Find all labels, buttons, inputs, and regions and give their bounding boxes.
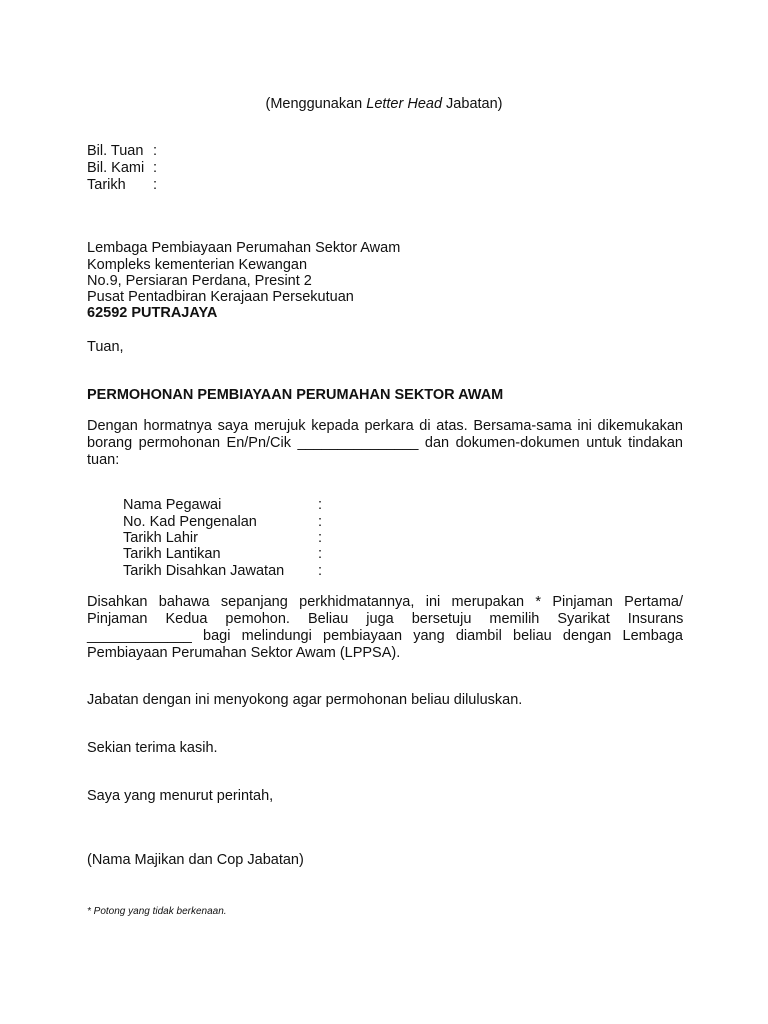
subject-heading: PERMOHONAN PEMBIAYAAN PERUMAHAN SEKTOR A… xyxy=(87,387,503,404)
closing-remark: Sekian terima kasih. xyxy=(87,740,218,757)
letterhead-text: (Menggunakan xyxy=(265,96,366,112)
support-statement: Jabatan dengan ini menyokong agar permoh… xyxy=(87,692,522,709)
ref-tarikh: Tarikh: xyxy=(87,177,157,194)
field-nama-pegawai: Nama Pegawai: xyxy=(123,497,322,514)
salutation: Tuan, xyxy=(87,339,124,356)
footnote: * Potong yang tidak berkenaan. xyxy=(87,903,227,920)
ref-bil-kami: Bil. Kami: xyxy=(87,160,157,177)
recipient-line: Kompleks kementerian Kewangan xyxy=(87,257,307,274)
recipient-line: No.9, Persiaran Perdana, Presint 2 xyxy=(87,273,312,290)
recipient-postcode-city: 62592 PUTRAJAYA xyxy=(87,305,217,322)
confirmation-paragraph: Disahkan bahawa sepanjang perkhidmatanny… xyxy=(87,594,683,662)
field-tarikh-disahkan-jawatan: Tarikh Disahkan Jawatan: xyxy=(123,563,322,580)
field-no-kad-pengenalan: No. Kad Pengenalan: xyxy=(123,514,322,531)
field-tarikh-lantikan: Tarikh Lantikan: xyxy=(123,546,322,563)
recipient-line: Pusat Pentadbiran Kerajaan Persekutuan xyxy=(87,289,354,306)
signoff: Saya yang menurut perintah, xyxy=(87,788,273,805)
letterhead-italic: Letter Head xyxy=(366,96,442,112)
recipient-line: Lembaga Pembiayaan Perumahan Sektor Awam xyxy=(87,240,400,257)
letter-page: (Menggunakan Letter Head Jabatan) Bil. T… xyxy=(0,0,768,1024)
signatory-placeholder: (Nama Majikan dan Cop Jabatan) xyxy=(87,852,304,869)
letterhead-text-end: Jabatan) xyxy=(442,96,502,112)
letterhead-note: (Menggunakan Letter Head Jabatan) xyxy=(0,96,768,113)
ref-bil-tuan: Bil. Tuan: xyxy=(87,143,157,160)
intro-paragraph: Dengan hormatnya saya merujuk kepada per… xyxy=(87,418,683,469)
field-tarikh-lahir: Tarikh Lahir: xyxy=(123,530,322,547)
